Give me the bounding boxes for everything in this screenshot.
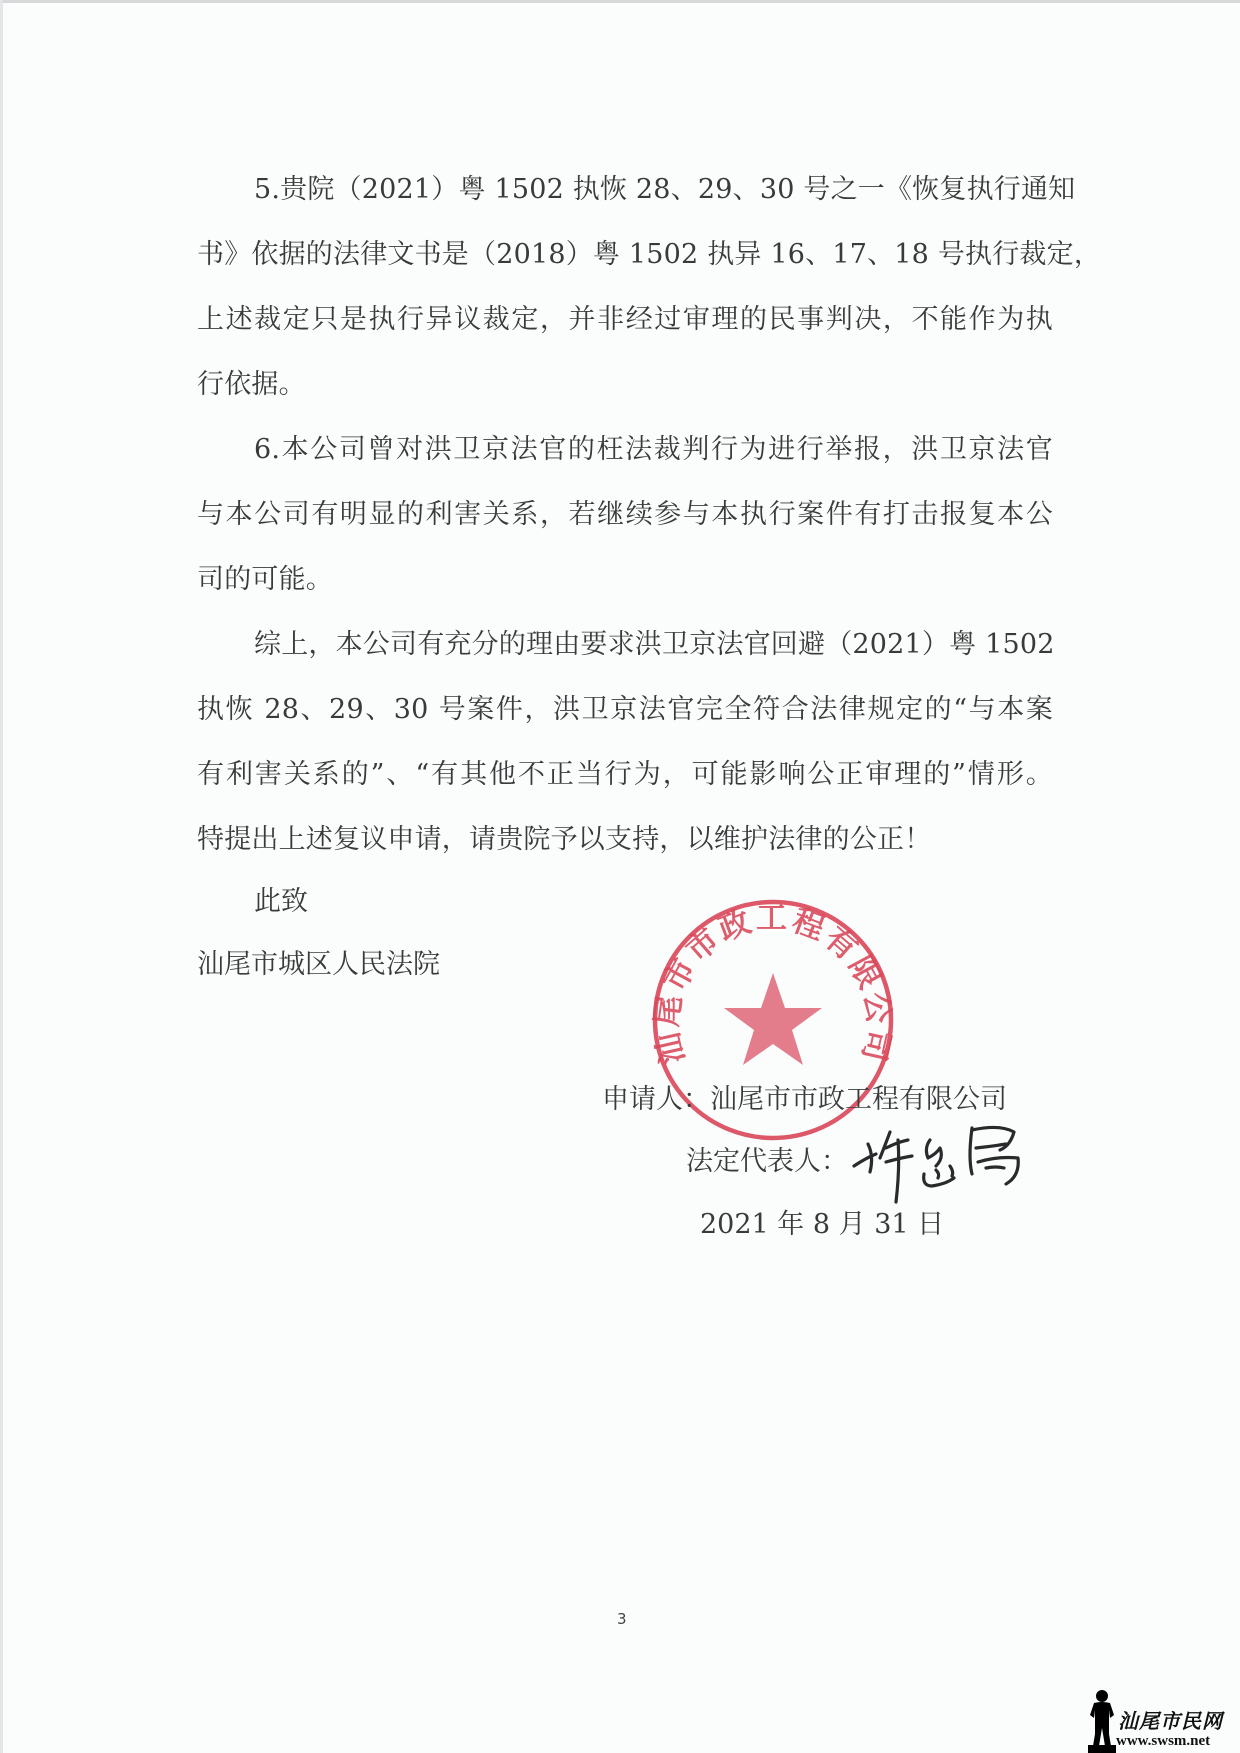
text-line: 书》依据的法律文书是（2018）粤 1502 执异 16、17、18 号执行裁定… bbox=[197, 238, 1053, 272]
legal-rep-line: 法定代表人： bbox=[686, 1145, 848, 1179]
text-line: 上述裁定只是执行异议裁定，并非经过审理的民事判决，不能作为执 bbox=[197, 303, 1053, 337]
page-number: 3 bbox=[617, 1610, 627, 1628]
text-line: 有利害关系的”、“有其他不正当行为，可能影响公正审理的”情形。 bbox=[197, 758, 1053, 792]
text-line: 执恢 28、29、30 号案件，洪卫京法官完全符合法律规定的“与本案 bbox=[197, 693, 1053, 727]
date: 2021 年 8 月 31 日 bbox=[700, 1208, 944, 1242]
recipient: 汕尾市城区人民法院 bbox=[197, 948, 440, 982]
text-line: 5.贵院（2021）粤 1502 执恢 28、29、30 号之一《恢复执行通知 bbox=[254, 173, 1053, 207]
legal-rep-label: 法定代表人： bbox=[686, 1146, 848, 1177]
watermark-url: www.swsm.net bbox=[1116, 1733, 1210, 1750]
text-line: 与本公司有明显的利害关系，若继续参与本执行案件有打击报复本公 bbox=[197, 498, 1053, 532]
text-line: 综上，本公司有充分的理由要求洪卫京法官回避（2021）粤 1502 bbox=[254, 628, 1053, 662]
scan-edge-top bbox=[0, 0, 1240, 3]
applicant-label: 申请人： bbox=[602, 1084, 710, 1115]
text-line: 6.本公司曾对洪卫京法官的枉法裁判行为进行举报，洪卫京法官 bbox=[254, 433, 1053, 467]
applicant-name: 汕尾市市政工程有限公司 bbox=[710, 1084, 1007, 1115]
salutation: 此致 bbox=[254, 885, 308, 919]
text-line: 司的可能。 bbox=[197, 563, 1053, 597]
handwritten-signature-icon bbox=[850, 1118, 1030, 1208]
text-line: 特提出上述复议申请，请贵院予以支持，以维护法律的公正！ bbox=[197, 823, 1053, 857]
applicant-line: 申请人：汕尾市市政工程有限公司 bbox=[602, 1083, 1007, 1117]
text-line: 行依据。 bbox=[197, 368, 1053, 402]
watermark-site-name: 汕尾市民网 bbox=[1118, 1705, 1223, 1734]
scan-edge-left bbox=[0, 0, 3, 1753]
